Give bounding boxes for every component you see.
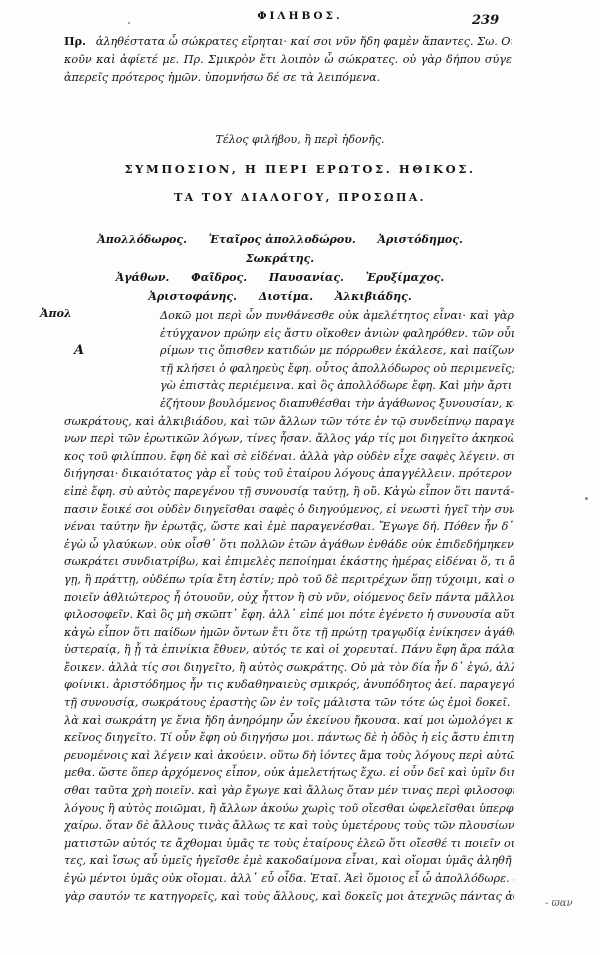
text-line: εἰπὲ ἔφη. σὺ αὐτὸς παρεγένου τῇ συνουσίᾳ… bbox=[64, 483, 514, 501]
philebus-closing-dialogue: Πρ.ἀληθέστατα ὦ σώκρατες εἴρηται· καί σο… bbox=[64, 32, 512, 87]
text-line: πασιν ἔοικέ σοι οὐδὲν διηγεῖσθαι σαφὲς ὁ… bbox=[64, 501, 514, 519]
text-line: ἐζήτουν βουλόμενος διαπυθέσθαι τὴν ἀγάθω… bbox=[64, 395, 514, 413]
text-line: ρευομένοις καὶ λέγειν καὶ ἀκούειν. οὕτω … bbox=[64, 747, 514, 765]
speaker-label: Πρ. bbox=[64, 34, 86, 48]
text-line: σθαι ταῦτα χρὴ ποιεῖν. καὶ γὰρ ἔγωγε καὶ… bbox=[64, 782, 514, 800]
person-name: Ἀριστοφάνης. bbox=[148, 290, 237, 303]
document-page: ΦΙΛΗΒΟΣ. 239 Πρ.ἀληθέστατα ὦ σώκρατες εἴ… bbox=[0, 0, 600, 955]
dialogue-line: Πρ.ἀληθέστατα ὦ σώκρατες εἴρηται· καί σο… bbox=[64, 32, 512, 51]
text-line: ματιστῶν αὐτός τε ἄχθομαι ὑμᾶς τε τοὺς ἑ… bbox=[64, 835, 514, 853]
persons-row: Ἀριστοφάνης. Διοτίμα. Ἀλκιβιάδης. bbox=[60, 287, 500, 306]
dialogue-line: ἀπερεῖς πρότερος ἡμῶν. ὑπομνήσω δέ σε τὰ… bbox=[64, 69, 512, 87]
paper-speck bbox=[128, 22, 130, 24]
person-name: Ἀπολλόδωρος. bbox=[97, 233, 187, 246]
person-name: Παυσανίας. bbox=[269, 271, 344, 284]
text-line: τῇ συνουσίᾳ, σωκράτους ἐραστὴς ὢν ἐν τοῖ… bbox=[64, 694, 514, 712]
person-name: Φαῖδρος. bbox=[191, 271, 247, 284]
text-line: νων περὶ τῶν ἐρωτικῶν λόγων, τίνες ἦσαν.… bbox=[64, 430, 514, 448]
dramatis-personae-heading: ΤΑ ΤΟΥ ΔΙΑΛΟΓΟΥ, ΠΡΟΣΩΠΑ. bbox=[0, 191, 600, 204]
symposium-title: ΣΥΜΠΟΣΙΟΝ, Η ΠΕΡΙ ΕΡΩΤΟΣ. ΗΘΙΚΟΣ. bbox=[0, 162, 600, 176]
text-line: ὑστεραίᾳ, ἢ ᾗ τὰ ἐπινίκια ἔθυεν, αὐτός τ… bbox=[64, 641, 514, 659]
text-line: γὼ ἐπιστὰς περιέμεινα. καὶ ὃς ἀπολλόδωρε… bbox=[64, 377, 514, 395]
text-line: γὰρ σαυτόν τε κατηγορεῖς, καὶ τοὺς ἄλλου… bbox=[64, 888, 514, 906]
text-line: διήγησαι· δικαιότατος γὰρ εἶ τοὺς τοῦ ἑτ… bbox=[64, 465, 514, 483]
text-line: λὰ καὶ σωκράτη γε ἔνια ἤδη ἀνηρόμην ὧν ἐ… bbox=[64, 712, 514, 730]
text-line: τες, καὶ ἴσως αὖ ὑμεῖς ἡγεῖσθε ἐμὲ κακοδ… bbox=[64, 852, 514, 870]
text-line: ἔοικεν. ἀλλὰ τίς σοι διηγεῖτο, ἢ αὐτὸς σ… bbox=[64, 659, 514, 677]
text-line: νέναι ταύτην ἣν ἐρωτᾷς, ὥστε καὶ ἐμὲ παρ… bbox=[64, 518, 514, 536]
person-name: Ἀγάθων. bbox=[116, 271, 170, 284]
running-head: ΦΙΛΗΒΟΣ. bbox=[0, 10, 600, 22]
dialogue-text: ἀληθέστατα ὦ σώκρατες εἴρηται· καί σοι ν… bbox=[96, 35, 512, 48]
persons-row: Ἀγάθων. Φαῖδρος. Παυσανίας. Ἐρυξίμαχος. bbox=[60, 268, 500, 287]
text-line: φοίνικι. ἀριστόδημος ἦν τις κυδαθηναιεὺς… bbox=[64, 676, 514, 694]
text-line: μεθα. ὥστε ὅπερ ἀρχόμενος εἶπον, οὐκ ἀμε… bbox=[64, 764, 514, 782]
text-line: ρίμων τις ὄπισθεν κατιδών με πόρρωθεν ἐκ… bbox=[64, 342, 514, 360]
person-name: Ἀριστόδημος. bbox=[378, 233, 463, 246]
symposium-body-text: Δοκῶ μοι περὶ ὧν πυνθάνεσθε οὐκ ἀμελέτητ… bbox=[64, 307, 514, 905]
person-name: Ἀλκιβιάδης. bbox=[335, 290, 412, 303]
dialogue-text: κοῦν καὶ ἀφίετέ με. Πρ. Σμικρὸν ἔτι λοιπ… bbox=[64, 53, 512, 66]
person-name: Ἐρυξίμαχος. bbox=[366, 271, 445, 284]
text-line: λόγους ἢ αὐτὸς ποιῶμαι, ἢ ἄλλων ἀκούω χω… bbox=[64, 800, 514, 818]
text-line: ἐγὼ μέντοι ὑμᾶς οὐκ οἴομαι. ἀλλ᾽ εὖ οἶδα… bbox=[64, 870, 514, 888]
text-line: γῃ, ἢ πράττῃ, οὐδέπω τρία ἔτη ἐστίν; πρὸ… bbox=[64, 571, 514, 589]
text-line: σωκράτους, καὶ ἀλκιβιάδου, καὶ τῶν ἄλλων… bbox=[64, 413, 514, 431]
paper-speck bbox=[585, 497, 588, 500]
end-of-philebus-title: Τέλος φιλήβου, ἢ περὶ ἡδονῆς. bbox=[0, 133, 600, 146]
person-name: Σωκράτης. bbox=[246, 252, 314, 265]
text-line: χαίρω. ὅταν δὲ ἄλλους τινὰς ἄλλως τε καὶ… bbox=[64, 817, 514, 835]
text-line: ἐτύγχανον πρώην εἰς ἄστυ οἴκοθεν ἀνιὼν φ… bbox=[64, 325, 514, 343]
persons-row: Ἀπολλόδωρος. Ἑταῖρος ἀπολλοδώρου. Ἀριστό… bbox=[60, 230, 500, 268]
text-line: σωκράτει συνδιατρίβω, καὶ ἐπιμελὲς πεποί… bbox=[64, 553, 514, 571]
handwritten-annotation: - ϖαν bbox=[545, 898, 573, 909]
dramatis-personae-list: Ἀπολλόδωρος. Ἑταῖρος ἀπολλοδώρου. Ἀριστό… bbox=[60, 230, 500, 306]
text-line: κεῖνος διηγεῖτο. Τί οὖν ἔφη οὐ διηγήσω μ… bbox=[64, 729, 514, 747]
text-line: ἐγὼ ὦ γλαύκων. οὐκ οἶσθ᾽ ὅτι πολλῶν ἐτῶν… bbox=[64, 536, 514, 554]
dialogue-line: κοῦν καὶ ἀφίετέ με. Πρ. Σμικρὸν ἔτι λοιπ… bbox=[64, 51, 512, 69]
person-name: Ἑταῖρος ἀπολλοδώρου. bbox=[209, 233, 356, 246]
page-number: 239 bbox=[472, 13, 499, 28]
text-line: ποιεῖν ἀθλιώτερος ἦ ὁτουοῦν, οὐχ ἧττον ἢ… bbox=[64, 589, 514, 607]
text-line: φιλοσοφεῖν. Καὶ ὃς μὴ σκῶπτ᾽ ἔφη. ἀλλ᾽ ε… bbox=[64, 606, 514, 624]
text-line: κἀγὼ εἶπον ὅτι παίδων ἡμῶν ὄντων ἔτι ὅτε… bbox=[64, 624, 514, 642]
text-line: κος τοῦ φιλίππου. ἔφη δὲ καὶ σὲ εἰδέναι.… bbox=[64, 448, 514, 466]
dialogue-text: ἀπερεῖς πρότερος ἡμῶν. ὑπομνήσω δέ σε τὰ… bbox=[64, 71, 380, 84]
text-line: τῇ κλήσει ὁ φαληρεὺς ἔφη. οὗτος ἀπολλόδω… bbox=[64, 360, 514, 378]
person-name: Διοτίμα. bbox=[259, 290, 313, 303]
text-line: Δοκῶ μοι περὶ ὧν πυνθάνεσθε οὐκ ἀμελέτητ… bbox=[64, 307, 514, 325]
